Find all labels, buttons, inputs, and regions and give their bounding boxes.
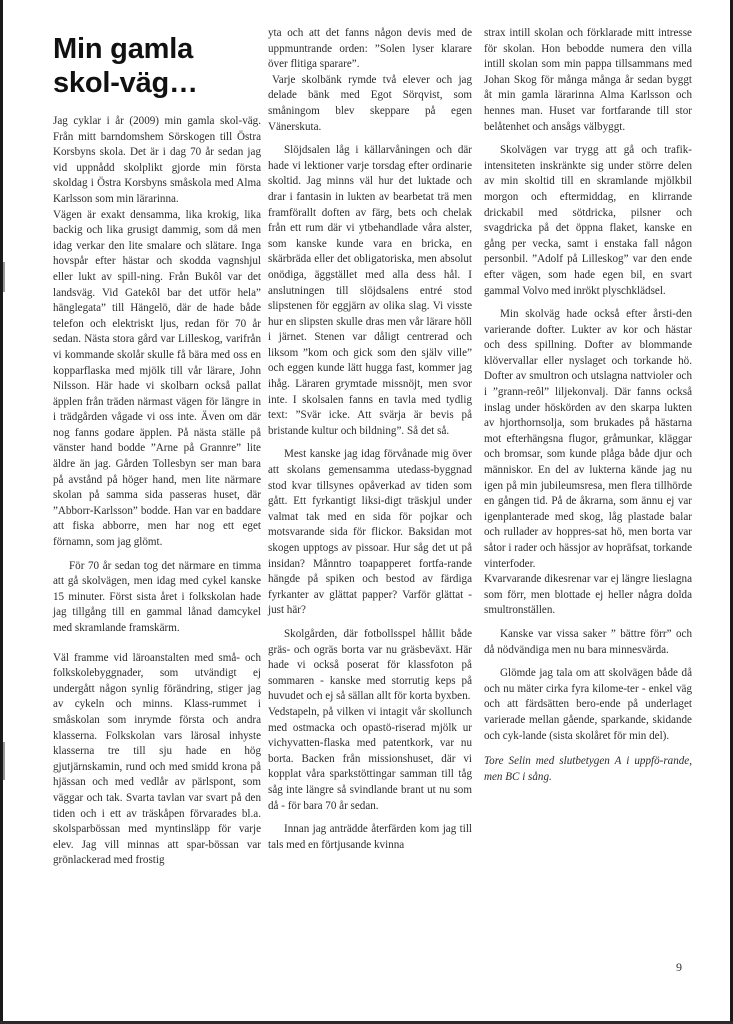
paragraph: Skolvägen var trygg att gå och trafik-in… bbox=[484, 143, 692, 299]
column-3: strax intill skolan och förklarade mitt … bbox=[484, 26, 692, 785]
paragraph: Mest kanske jag idag förvånade mig över … bbox=[268, 447, 472, 619]
page-number: 9 bbox=[676, 960, 682, 975]
paragraph: Innan jag anträdde återfärden kom jag ti… bbox=[268, 822, 472, 853]
paragraph: Varje skolbänk rymde två elever och jag … bbox=[268, 73, 472, 135]
paragraph: Vägen är exakt densamma, lika krokig, li… bbox=[53, 208, 261, 551]
column-1: Min gamla skol-väg… Jag cyklar i år (200… bbox=[53, 26, 261, 869]
paragraph: Väl framme vid läroanstalten med små- oc… bbox=[53, 651, 261, 869]
column-2: yta och att det fanns någon devis med de… bbox=[268, 26, 472, 853]
paragraph: Skolgården, där fotbollsspel hållit både… bbox=[268, 627, 472, 705]
paragraph: Kvarvarande dikesrenar var ej längre lie… bbox=[484, 572, 692, 619]
paragraph: Slöjdsalen låg i källarvåningen och där … bbox=[268, 143, 472, 439]
paragraph: yta och att det fanns någon devis med de… bbox=[268, 26, 472, 73]
article-title: Min gamla skol-väg… bbox=[53, 32, 261, 100]
paragraph: Jag cyklar i år (2009) min gamla skol-vä… bbox=[53, 114, 261, 208]
paragraph: För 70 år sedan tog det närmare en timma… bbox=[53, 559, 261, 637]
scan-margin-mark bbox=[3, 742, 5, 780]
paragraph: Kanske var vissa saker ” bättre förr” oc… bbox=[484, 627, 692, 658]
scan-margin-mark bbox=[3, 262, 5, 292]
paragraph: Min skolväg hade också efter årsti-den v… bbox=[484, 307, 692, 572]
paragraph: strax intill skolan och förklarade mitt … bbox=[484, 26, 692, 135]
paragraph: Vedstapeln, på vilken vi intagit vår sko… bbox=[268, 705, 472, 814]
paragraph: Glömde jag tala om att skolvägen både då… bbox=[484, 666, 692, 744]
author-signature: Tore Selin med slutbetygen A i uppfö-ran… bbox=[484, 754, 692, 785]
page-edge-left bbox=[0, 0, 3, 1024]
